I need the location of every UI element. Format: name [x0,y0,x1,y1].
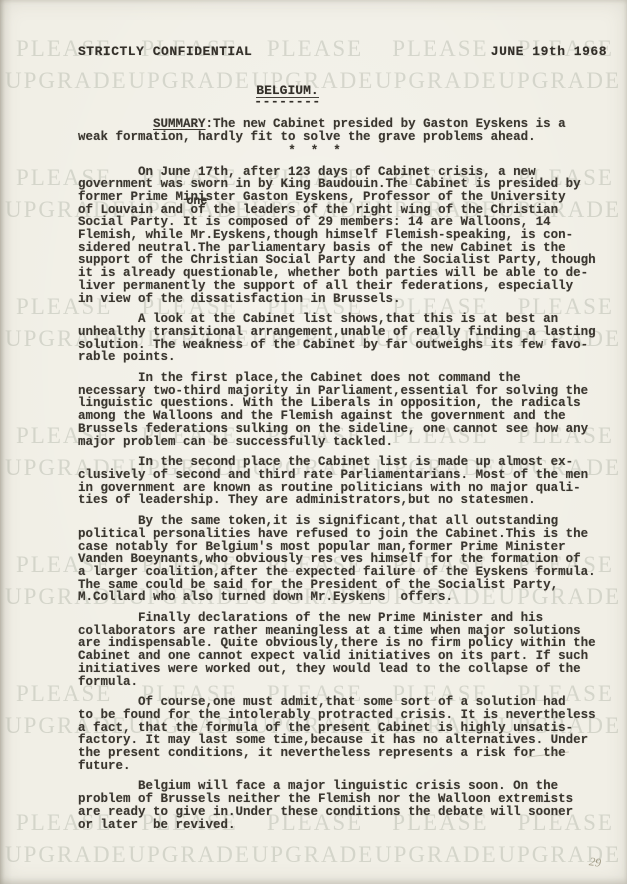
inserted-word: one [187,196,208,209]
paragraph-4: In the second place the Cabinet list is … [78,456,607,507]
date-label: JUNE 19th 1968 [491,46,607,59]
paragraph-5: By the same token,it is significant,that… [78,515,607,604]
watermark-row: UPGRADEUPGRADEUPGRADEUPGRADEUPGRADE [5,842,621,868]
paragraph-2: A look at the Cabinet list shows,that th… [78,313,607,364]
title-dashed-underline: -------- [23,98,552,105]
watermark-word: UPGRADE [128,842,251,868]
handwritten-page-number: 29 [588,854,602,871]
classification-label: STRICTLY CONFIDENTIAL [78,46,252,59]
paragraph-1-text-cont: of the leaders of the right wing of the … [78,203,596,306]
paragraph-1: On June 17th, after 123 days of Cabinet … [78,166,607,306]
summary-paragraph: SUMMARY:The new Cabinet presided by Gast… [78,118,607,143]
paragraph-8: Belgium will face a major linguistic cri… [78,780,607,831]
paragraph-7: Of course,one must admit,that some sort … [78,696,607,772]
document-content: STRICTLY CONFIDENTIAL JUNE 19th 1968 BEL… [0,0,627,831]
watermark-word: UPGRADE [375,842,498,868]
watermark-word: UPGRADE [498,842,621,868]
document-header: STRICTLY CONFIDENTIAL JUNE 19th 1968 [78,46,607,59]
paragraph-6: Finally declarations of the new Prime Mi… [78,612,607,688]
scanned-document-page: PLEASEPLEASEPLEASEPLEASEPLEASEUPGRADEUPG… [0,0,627,884]
section-divider-stars: * * * [50,145,579,158]
watermark-word: UPGRADE [252,842,375,868]
paragraph-3: In the first place,the Cabinet does not … [78,372,607,448]
watermark-word: UPGRADE [5,842,128,868]
document-title: BELGIUM. -------- [23,85,552,106]
